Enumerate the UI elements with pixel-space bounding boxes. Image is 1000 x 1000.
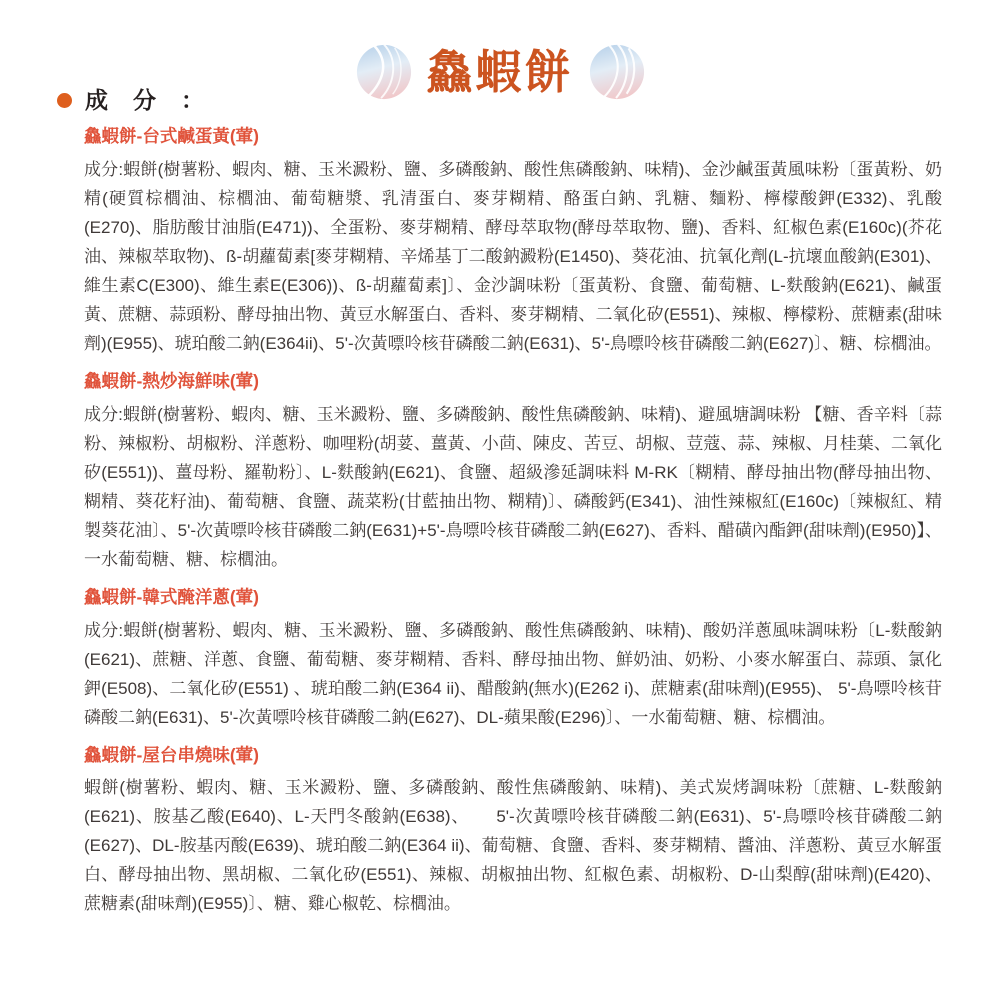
orange-dot-icon bbox=[57, 93, 72, 108]
section-heading-korean-pickled-onion: 鱻蝦餅-韓式醃洋蔥(葷) bbox=[84, 586, 942, 609]
wave-sphere-icon-left bbox=[355, 43, 413, 101]
ingredient-sheet: 鱻蝦餅 成 分 ： 鱻蝦餅-台式鹹蛋黃(葷) 成分:蝦餅(樹薯粉、蝦肉、糖、玉米… bbox=[0, 0, 1000, 1000]
section-heading-taiwanese-salted-egg-yolk: 鱻蝦餅-台式鹹蛋黃(葷) bbox=[84, 125, 942, 148]
section-heading-yatai-skewer: 鱻蝦餅-屋台串燒味(葷) bbox=[84, 744, 942, 767]
ingredients-content: 鱻蝦餅-台式鹹蛋黃(葷) 成分:蝦餅(樹薯粉、蝦肉、糖、玉米澱粉、鹽、多磷酸鈉、… bbox=[84, 125, 942, 918]
section-body-taiwanese-salted-egg-yolk: 成分:蝦餅(樹薯粉、蝦肉、糖、玉米澱粉、鹽、多磷酸鈉、酸性焦磷酸鈉、味精)、金沙… bbox=[84, 155, 942, 358]
title-row: 鱻蝦餅 bbox=[0, 0, 1000, 72]
wave-sphere-icon-right bbox=[588, 43, 646, 101]
section-body-yatai-skewer: 蝦餅(樹薯粉、蝦肉、糖、玉米澱粉、鹽、多磷酸鈉、酸性焦磷酸鈉、味精)、美式炭烤調… bbox=[84, 773, 942, 918]
section-heading-stir-fried-seafood: 鱻蝦餅-熱炒海鮮味(葷) bbox=[84, 370, 942, 393]
section-body-stir-fried-seafood: 成分:蝦餅(樹薯粉、蝦肉、糖、玉米澱粉、鹽、多磷酸鈉、酸性焦磷酸鈉、味精)、避風… bbox=[84, 400, 942, 574]
section-body-korean-pickled-onion: 成分:蝦餅(樹薯粉、蝦肉、糖、玉米澱粉、鹽、多磷酸鈉、酸性焦磷酸鈉、味精)、酸奶… bbox=[84, 616, 942, 732]
ingredients-label: 成 分 ： bbox=[85, 88, 205, 113]
page-title: 鱻蝦餅 bbox=[427, 49, 574, 95]
